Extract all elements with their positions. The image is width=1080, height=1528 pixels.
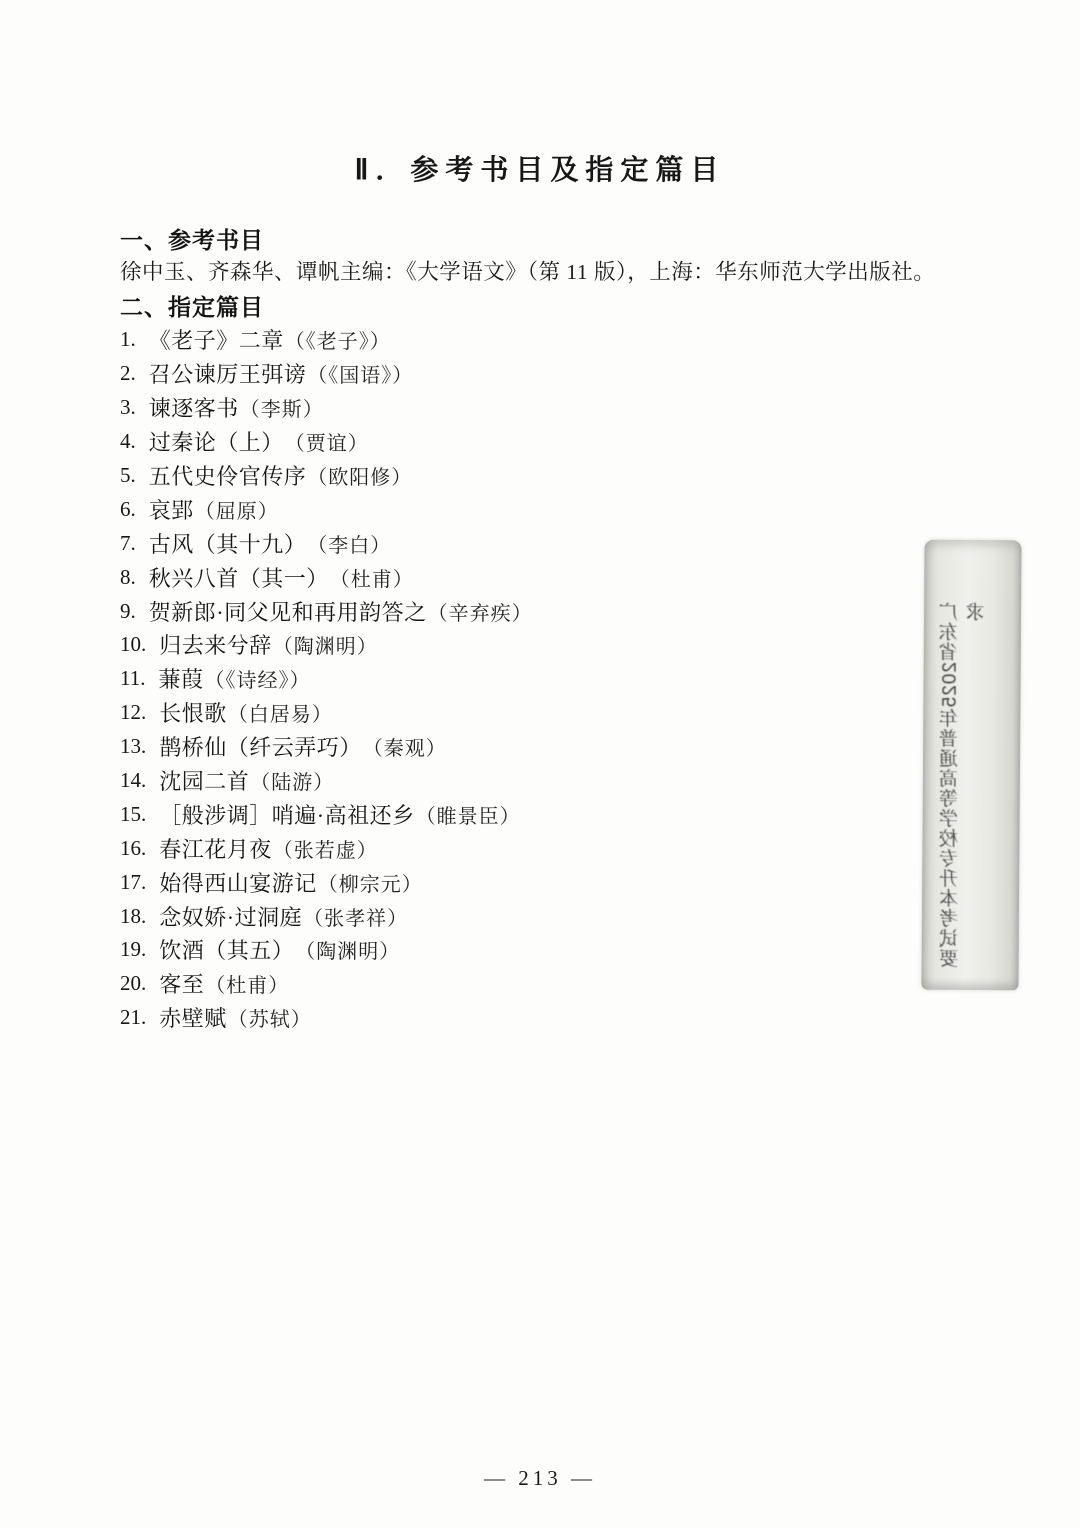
list-item-attribution: （陶渊明） bbox=[295, 935, 400, 964]
list-item-number: 21. bbox=[120, 1005, 146, 1030]
list-item-number: 19. bbox=[120, 937, 146, 962]
list-item-number: 4. bbox=[120, 429, 136, 454]
list-item-attribution: （白居易） bbox=[228, 698, 333, 727]
list-item-title: 召公谏厉王弭谤 bbox=[149, 358, 307, 389]
list-item: 18. 念奴娇·过洞庭 （张孝祥） bbox=[120, 899, 820, 933]
list-item: 8. 秋兴八首（其一） （杜甫） bbox=[120, 560, 820, 594]
list-item-number: 11. bbox=[120, 666, 145, 691]
list-item-number: 1. bbox=[120, 327, 136, 352]
list-item: 19. 饮酒（其五） （陶渊明） bbox=[120, 933, 820, 967]
list-item-number: 8. bbox=[120, 565, 136, 590]
list-item-attribution: （杜甫） bbox=[330, 563, 414, 592]
list-item-attribution: （《诗经》） bbox=[205, 664, 311, 693]
section-heading-designated-texts: 二、指定篇目 bbox=[120, 289, 264, 322]
list-item: 3. 谏逐客书 （李斯） bbox=[120, 391, 820, 425]
list-item-title: 贺新郎·同父见和再用韵答之 bbox=[149, 596, 427, 627]
list-item: 13. 鹊桥仙（纤云弄巧） （秦观） bbox=[120, 730, 820, 764]
list-item-attribution: （《老子》） bbox=[285, 325, 391, 354]
list-item-attribution: （欧阳修） bbox=[307, 461, 412, 490]
list-item-number: 15. bbox=[120, 802, 146, 827]
list-item: 2. 召公谏厉王弭谤 （《国语》） bbox=[120, 357, 820, 391]
list-item-attribution: （张孝祥） bbox=[303, 902, 408, 931]
list-item-number: 3. bbox=[120, 395, 136, 420]
list-item-title: 春江花月夜 bbox=[159, 833, 272, 864]
list-item-number: 14. bbox=[120, 768, 146, 793]
list-item-attribution: （李斯） bbox=[240, 393, 324, 422]
document-page: Ⅱ．参考书目及指定篇目 一、参考书目 徐中玉、齐森华、谭帆主编：《大学语文》（第… bbox=[0, 0, 1080, 1528]
list-item-title: 《老子》二章 bbox=[149, 324, 284, 355]
designated-texts-list: 1. 《老子》二章 （《老子》） 2. 召公谏厉王弭谤 （《国语》） 3. 谏逐… bbox=[120, 323, 820, 1035]
page-edge-tab: 广东省2025年普通高等学校专升本考试要求 bbox=[921, 540, 1021, 991]
page-edge-tab-text: 广东省2025年普通高等学校专升本考试要求 bbox=[937, 602, 992, 972]
list-item-number: 13. bbox=[120, 734, 146, 759]
list-item-attribution: （《国语》） bbox=[307, 359, 413, 388]
list-item-attribution: （睢景臣） bbox=[416, 800, 521, 829]
list-item-number: 7. bbox=[120, 531, 136, 556]
list-item-attribution: （张若虚） bbox=[273, 834, 378, 863]
list-item-number: 2. bbox=[120, 361, 136, 386]
list-item-title: 鹊桥仙（纤云弄巧） bbox=[159, 731, 362, 762]
list-item: 16. 春江花月夜 （张若虚） bbox=[120, 831, 820, 865]
list-item-title: 沈园二首 bbox=[159, 765, 249, 796]
list-item-number: 17. bbox=[120, 870, 146, 895]
list-item-attribution: （屈原） bbox=[195, 495, 279, 524]
list-item: 5. 五代史伶官传序 （欧阳修） bbox=[120, 459, 820, 493]
list-item: 9. 贺新郎·同父见和再用韵答之 （辛弃疾） bbox=[120, 594, 820, 628]
list-item-title: 五代史伶官传序 bbox=[149, 460, 307, 491]
list-item-number: 12. bbox=[120, 700, 146, 725]
section-heading-reference-books: 一、参考书目 bbox=[120, 222, 264, 255]
list-item-title: 秋兴八首（其一） bbox=[149, 562, 329, 593]
list-item: 14. 沈园二首 （陆游） bbox=[120, 764, 820, 798]
list-item-attribution: （贾谊） bbox=[285, 427, 369, 456]
list-item-title: 过秦论（上） bbox=[149, 426, 284, 457]
list-item: 11. 蒹葭 （《诗经》） bbox=[120, 662, 820, 696]
list-item-title: 古风（其十九） bbox=[149, 528, 307, 559]
list-item-title: 归去来兮辞 bbox=[159, 629, 272, 660]
reference-book-entry: 徐中玉、齐森华、谭帆主编：《大学语文》（第 11 版），上海：华东师范大学出版社… bbox=[120, 255, 910, 286]
page-title: Ⅱ．参考书目及指定篇目 bbox=[0, 148, 1080, 188]
list-item-title: 饮酒（其五） bbox=[159, 934, 294, 965]
list-item-attribution: （陶渊明） bbox=[273, 630, 378, 659]
list-item-attribution: （柳宗元） bbox=[318, 868, 423, 897]
list-item-number: 6. bbox=[120, 497, 136, 522]
page-number: — 213 — bbox=[0, 1466, 1080, 1491]
list-item-title: 客至 bbox=[159, 968, 204, 999]
list-item: 4. 过秦论（上） （贾谊） bbox=[120, 425, 820, 459]
list-item-title: 谏逐客书 bbox=[149, 392, 239, 423]
list-item-number: 9. bbox=[120, 599, 136, 624]
list-item-title: 始得西山宴游记 bbox=[159, 867, 317, 898]
list-item-title: 蒹葭 bbox=[158, 663, 203, 694]
list-item: 6. 哀郢 （屈原） bbox=[120, 492, 820, 526]
list-item-attribution: （李白） bbox=[307, 529, 391, 558]
list-item-number: 16. bbox=[120, 836, 146, 861]
list-item: 15. ［般涉调］哨遍·高祖还乡 （睢景臣） bbox=[120, 797, 820, 831]
list-item: 1. 《老子》二章 （《老子》） bbox=[120, 323, 820, 357]
list-item-title: ［般涉调］哨遍·高祖还乡 bbox=[159, 799, 414, 830]
list-item: 21. 赤壁赋 （苏轼） bbox=[120, 1001, 820, 1035]
list-item-attribution: （辛弃疾） bbox=[428, 597, 533, 626]
list-item-title: 赤壁赋 bbox=[159, 1002, 227, 1033]
list-item: 7. 古风（其十九） （李白） bbox=[120, 526, 820, 560]
list-item-number: 10. bbox=[120, 632, 146, 657]
list-item-title: 哀郢 bbox=[149, 494, 194, 525]
list-item-title: 念奴娇·过洞庭 bbox=[159, 901, 302, 932]
list-item: 10. 归去来兮辞 （陶渊明） bbox=[120, 628, 820, 662]
list-item-number: 5. bbox=[120, 463, 136, 488]
list-item-title: 长恨歌 bbox=[159, 697, 227, 728]
list-item-attribution: （杜甫） bbox=[205, 969, 289, 998]
list-item: 12. 长恨歌 （白居易） bbox=[120, 696, 820, 730]
list-item-attribution: （秦观） bbox=[363, 732, 447, 761]
list-item-attribution: （陆游） bbox=[250, 766, 334, 795]
list-item-number: 20. bbox=[120, 971, 146, 996]
list-item-attribution: （苏轼） bbox=[228, 1003, 312, 1032]
list-item: 20. 客至 （杜甫） bbox=[120, 967, 820, 1001]
list-item: 17. 始得西山宴游记 （柳宗元） bbox=[120, 865, 820, 899]
list-item-number: 18. bbox=[120, 904, 146, 929]
